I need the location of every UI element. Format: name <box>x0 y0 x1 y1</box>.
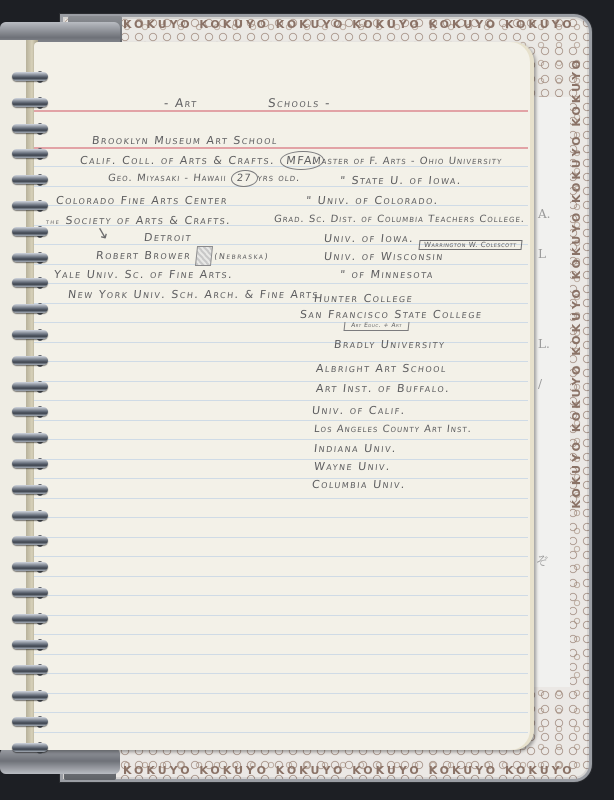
spiral-ring <box>12 382 48 391</box>
entry-buffalo: Art Inst. of Buffalo. <box>315 382 451 395</box>
spiral-ring <box>12 175 48 184</box>
entry-la-county: Los Angeles County Art Inst. <box>313 424 472 435</box>
spiral-ring <box>12 330 48 339</box>
entry-columbia: Columbia Univ. <box>311 478 406 491</box>
insert-card: A. L L. / ぞ <box>528 97 570 687</box>
entry-brooklyn: Brooklyn Museum Art School <box>91 134 278 147</box>
spiral-ring <box>12 407 48 416</box>
insert-mark: L <box>538 247 546 261</box>
entry-bradly: Bradly University <box>333 338 446 351</box>
spiral-ring <box>12 536 48 545</box>
entry-state-u-iowa: " State U. of Iowa. <box>339 174 462 187</box>
spiral-ring <box>12 72 48 81</box>
spiral-ring <box>12 98 48 107</box>
spiral-ring <box>12 743 48 752</box>
entry-albright: Albright Art School <box>315 362 447 375</box>
spiral-ring <box>12 717 48 726</box>
spiral-ring <box>12 227 48 236</box>
brand-strip-bottom: KOKUYO KOKUYO KOKUYO KOKUYO KOKUYO KOKUY… <box>123 764 575 777</box>
spiral-ring <box>12 201 48 210</box>
entry-dist-columbia: Grad. Sc. Dist. of Columbia Teachers Col… <box>273 214 525 225</box>
spiral-ring <box>12 253 48 262</box>
entry-robert-brower: Robert Brower (Nebraska) <box>95 246 270 266</box>
ruled-line <box>34 342 528 343</box>
spiral-ring <box>12 614 48 623</box>
insert-mark: / <box>538 377 542 391</box>
spiral-ring <box>12 304 48 313</box>
ruled-line <box>34 381 528 382</box>
entry-nyu: New York Univ. Sch. Arch. & Fine Arts. <box>67 288 324 301</box>
ruled-line <box>34 283 528 284</box>
ruled-line <box>34 537 528 538</box>
entry-univ-wisconsin: Univ. of Wisconsin <box>323 250 444 263</box>
entry-indiana: Indiana Univ. <box>313 442 397 455</box>
ruled-line <box>34 322 528 323</box>
spiral-ring <box>12 356 48 365</box>
spiral-ring <box>12 124 48 133</box>
entry-minnesota: " of Minnesota <box>339 268 434 281</box>
entry-ohio: Master of F. Arts - Ohio University <box>311 156 502 167</box>
margin-line-red <box>34 110 528 112</box>
ruled-line <box>34 478 528 479</box>
insert-mark: ぞ <box>536 552 548 569</box>
ruled-line <box>34 634 528 635</box>
ruled-line <box>34 498 528 499</box>
stamp-icon <box>195 246 213 266</box>
sf-state-sub-note: Art Educ. + Art <box>344 322 410 331</box>
entry-calif-coll: Calif. Coll. of Arts & Crafts. MFA. <box>79 154 324 167</box>
margin-line-red <box>34 147 528 149</box>
entry-univ-iowa: Univ. of Iowa. <box>323 232 415 245</box>
entry-society-arts-crafts: the Society of Arts & Crafts. <box>45 214 232 227</box>
ruled-line <box>34 459 528 460</box>
notebook-page: - Art Schools - Brooklyn Museum Art Scho… <box>34 42 534 750</box>
entry-note: (Nebraska) <box>214 252 270 261</box>
entry-detroit: Detroit <box>143 231 192 244</box>
ruled-line <box>34 595 528 596</box>
ruled-line <box>34 712 528 713</box>
ruled-line <box>34 654 528 655</box>
entry-text: Society of Arts & Crafts. <box>65 214 232 227</box>
spiral-ring <box>12 588 48 597</box>
ruled-line <box>34 439 528 440</box>
spiral-ring <box>12 149 48 158</box>
entry-colorado-fine-arts: Colorado Fine Arts Center <box>55 194 228 207</box>
ruled-line <box>34 303 528 304</box>
page-title-part2: Schools - <box>267 96 331 110</box>
ruled-line <box>34 615 528 616</box>
page-title-part1: - Art <box>163 96 198 110</box>
entry-yale: Yale Univ. Sc. of Fine Arts. <box>53 268 234 281</box>
spiral-ring <box>12 640 48 649</box>
spiral-ring <box>12 278 48 287</box>
entry-sf-state: San Francisco State College <box>299 308 483 321</box>
ruled-line <box>34 576 528 577</box>
ruled-line <box>34 556 528 557</box>
spiral-ring <box>12 485 48 494</box>
ruled-line <box>34 517 528 518</box>
entry-hunter: Hunter College <box>313 292 414 305</box>
brand-strip-right: KOKUYO KOKUYO KOKUYO KOKUYO KOKUYO KOKUY… <box>570 57 583 509</box>
age-circled-note: 27 <box>230 170 259 187</box>
ruled-line <box>34 361 528 362</box>
entry-text: Geo. Miyasaki - Hawaii <box>107 173 227 184</box>
spiral-ring <box>12 562 48 571</box>
spiral-ring <box>12 459 48 468</box>
spiral-ring <box>12 665 48 674</box>
ruled-line <box>34 732 528 733</box>
entry-prefix: the <box>45 218 60 226</box>
entry-text: Robert Brower <box>95 249 192 262</box>
entry-univ-calif: Univ. of Calif. <box>311 404 406 417</box>
spiral-ring <box>12 511 48 520</box>
age-suffix: yrs old. <box>257 173 301 184</box>
insert-mark: L. <box>538 337 550 351</box>
entry-wayne: Wayne Univ. <box>313 460 391 473</box>
ruled-line <box>34 400 528 401</box>
entry-text: Calif. Coll. of Arts & Crafts. <box>79 154 276 167</box>
colescott-boxed-note: Warrington W. Colescott <box>418 240 522 250</box>
entry-miyasaki: Geo. Miyasaki - Hawaii 27yrs old. <box>107 173 300 184</box>
entry-univ-colorado: " Univ. of Colorado. <box>305 194 439 207</box>
brand-strip-top: KOKUYO KOKUYO KOKUYO KOKUYO KOKUYO KOKUY… <box>123 18 575 31</box>
ruled-line <box>34 693 528 694</box>
insert-mark: A. <box>538 207 550 221</box>
ruled-line <box>34 420 528 421</box>
spiral-ring <box>12 691 48 700</box>
ruled-line <box>34 673 528 674</box>
spiral-ring <box>12 433 48 442</box>
